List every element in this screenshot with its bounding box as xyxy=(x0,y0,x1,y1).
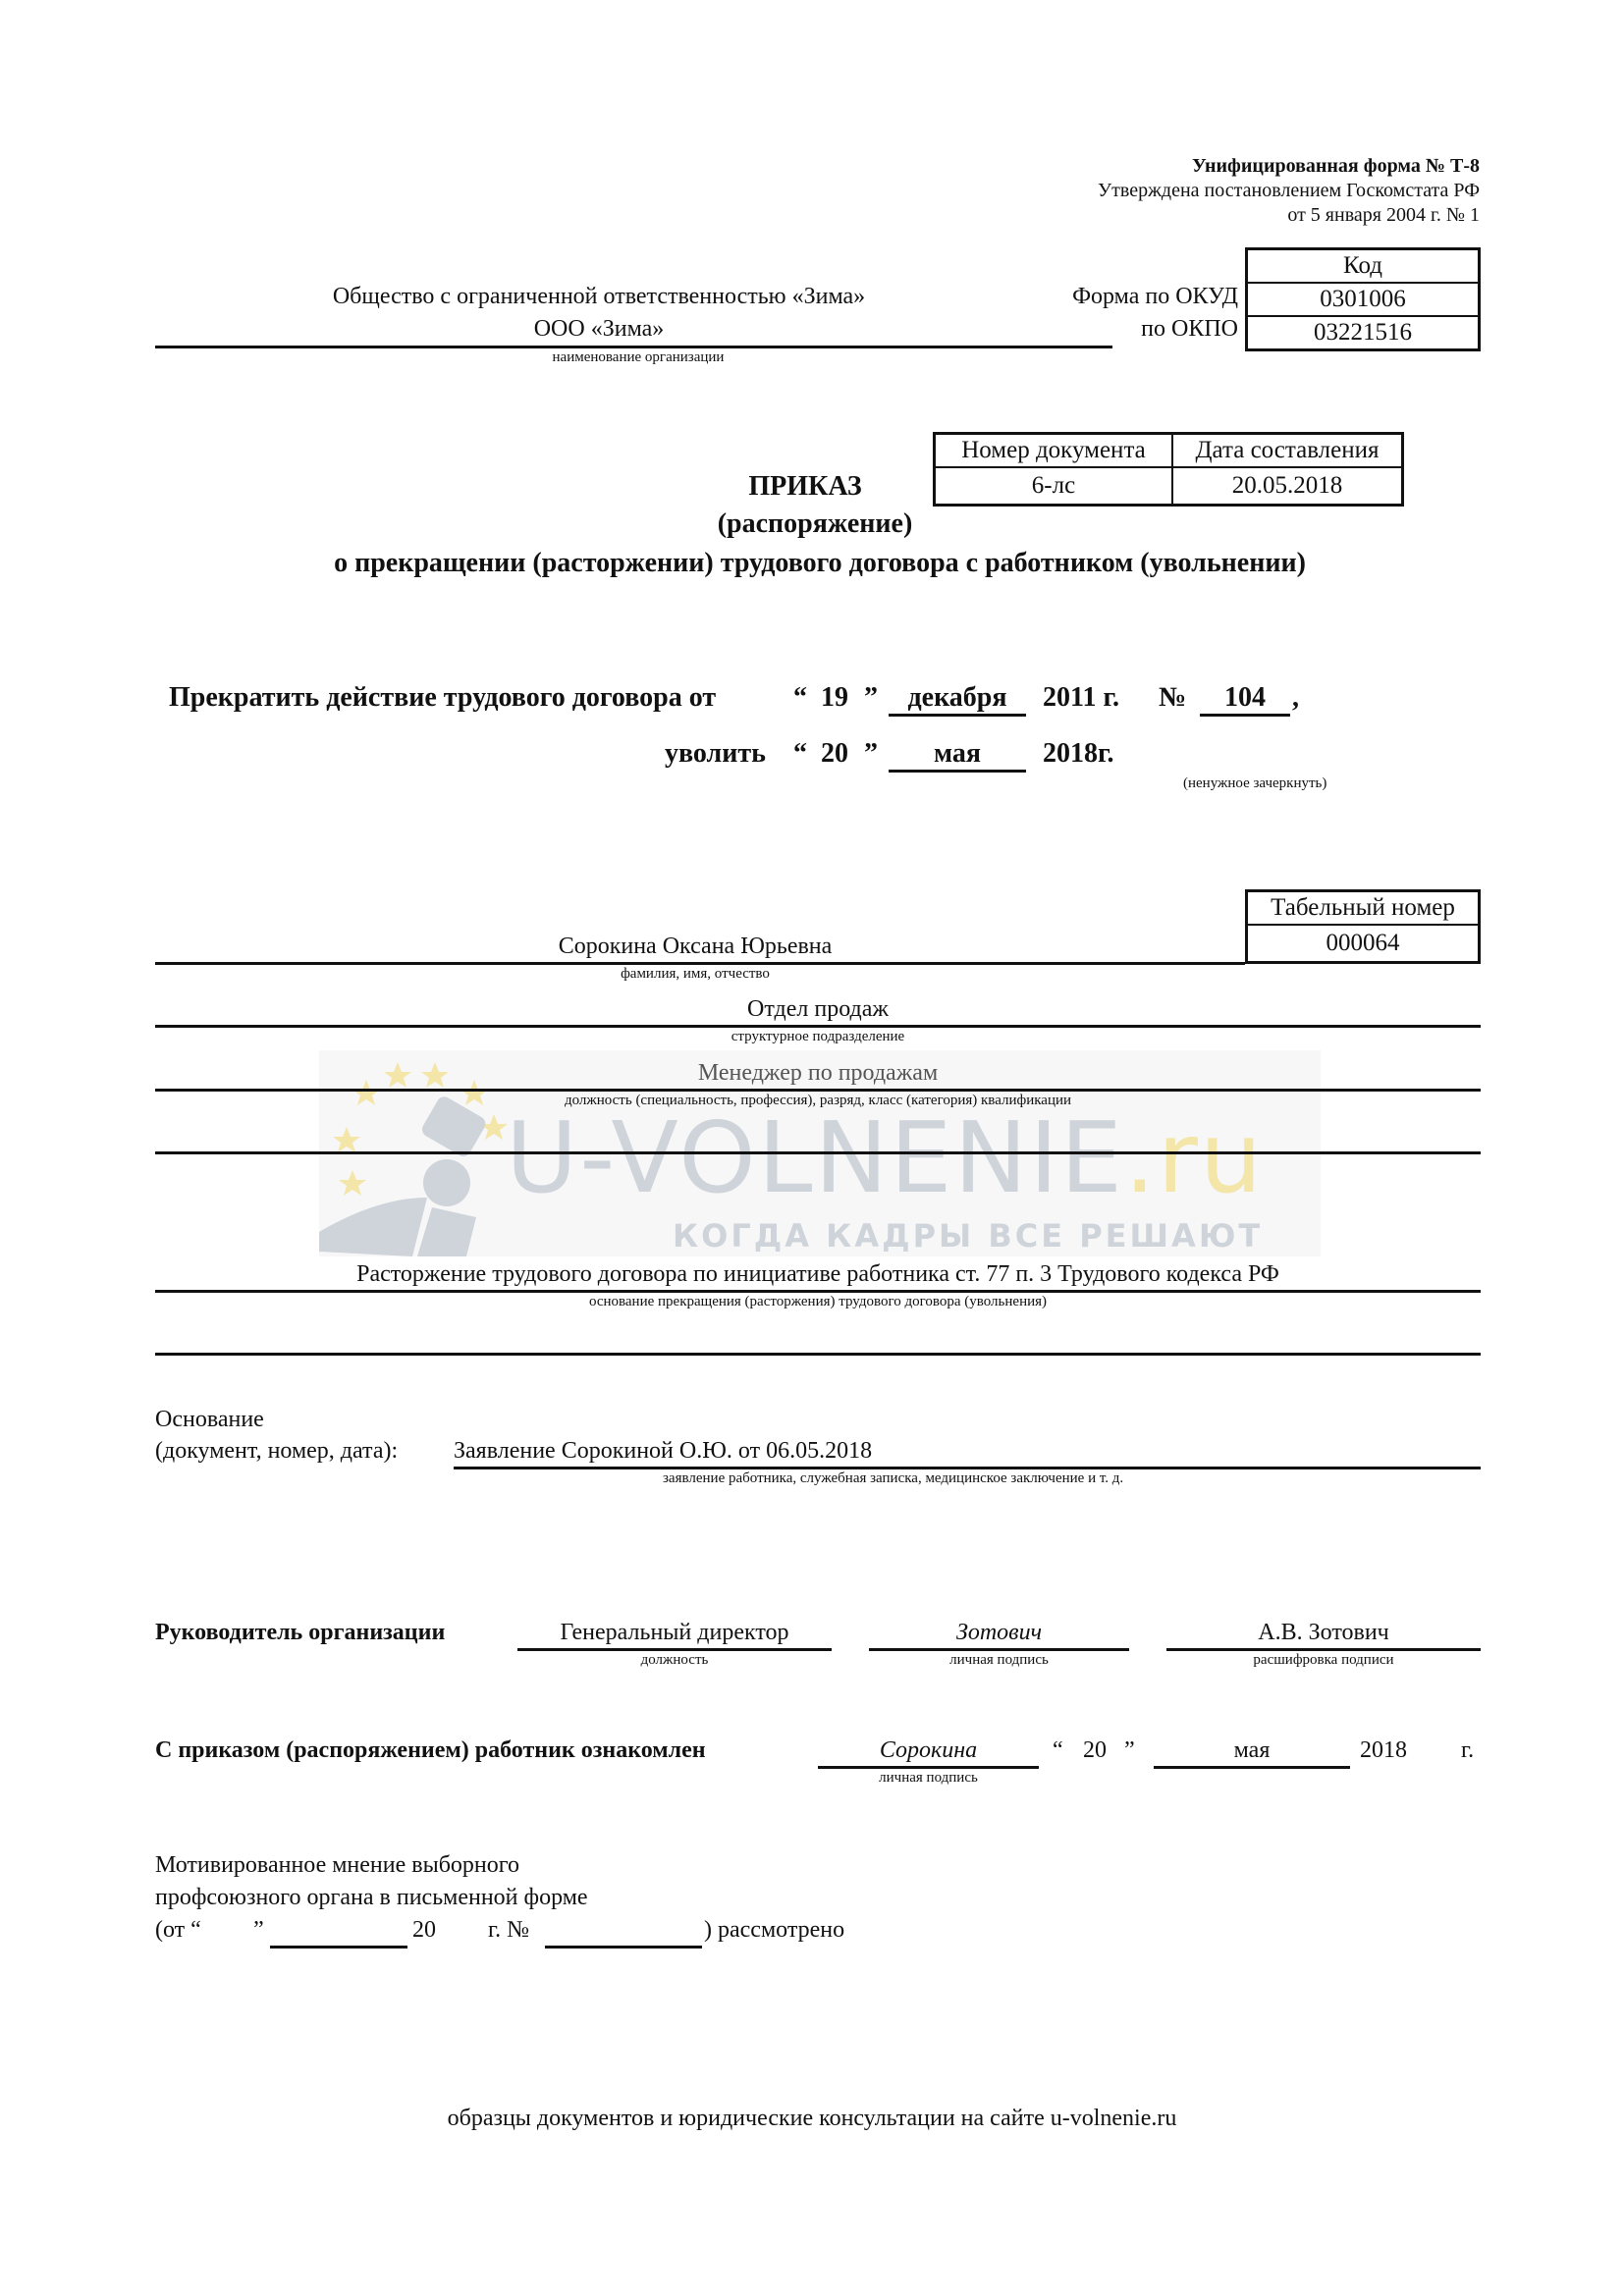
terminate-label: Прекратить действие трудового договора о… xyxy=(169,682,716,713)
terminate-number-underline xyxy=(1200,714,1290,717)
organization-short-name: ООО «Зима» xyxy=(157,316,1041,343)
title-prikaz: ПРИКАЗ xyxy=(687,471,923,503)
acquainted-label: С приказом (распоряжением) работник озна… xyxy=(155,1737,706,1764)
footer-text: образцы документов и юридические консуль… xyxy=(147,2106,1477,2132)
doc-date-header: Дата составления xyxy=(1172,434,1403,468)
terminate-row: Прекратить действие трудового договора о… xyxy=(169,682,716,714)
acquainted-signature-underline xyxy=(818,1766,1039,1769)
basis-caption: заявление работника, служебная записка, … xyxy=(663,1470,1123,1487)
doc-date-value: 20.05.2018 xyxy=(1172,467,1403,506)
acquainted-year-suffix: г. xyxy=(1461,1737,1474,1764)
terminate-month-underline xyxy=(889,714,1026,717)
head-signature: Зотович xyxy=(869,1620,1129,1646)
union-line-1: Мотивированное мнение выборного xyxy=(155,1852,519,1879)
watermark-slogan: КОГДА КАДРЫ ВСЕ РЕШАЮТ xyxy=(673,1217,1263,1255)
organization-full-name: Общество с ограниченной ответственностью… xyxy=(157,284,1041,310)
termination-reason: Расторжение трудового договора по инициа… xyxy=(155,1261,1481,1288)
terminate-close-quote: ” xyxy=(864,682,878,714)
terminate-comma: , xyxy=(1292,682,1299,714)
position-caption: должность (специальность, профессия), ра… xyxy=(155,1093,1481,1109)
terminate-contract-number: 104 xyxy=(1200,682,1290,714)
acquainted-open-quote: “ xyxy=(1053,1737,1063,1764)
tab-number-header: Табельный номер xyxy=(1247,891,1480,926)
head-decoded-name: А.В. Зотович xyxy=(1166,1620,1481,1646)
organization-underline xyxy=(155,346,1112,348)
terminate-year: 2011 г. xyxy=(1043,682,1119,714)
reason-extra-underline xyxy=(155,1353,1481,1356)
acquainted-year: 2018 xyxy=(1360,1737,1407,1764)
codes-table: Код 0301006 03221516 xyxy=(1245,247,1481,351)
strike-note: (ненужное зачеркнуть) xyxy=(1183,775,1326,792)
approved-line-1: Утверждена постановлением Госкомстата РФ xyxy=(1098,180,1480,202)
basis-underline xyxy=(454,1467,1481,1469)
form-name: Унифицированная форма № Т-8 xyxy=(1192,155,1480,178)
organization-caption: наименование организации xyxy=(373,349,903,366)
dismiss-year: 2018г. xyxy=(1043,738,1114,770)
basis-label-1: Основание xyxy=(155,1407,264,1433)
union-month-blank xyxy=(270,1946,407,1949)
union-close-quote: ” xyxy=(253,1917,264,1944)
head-position-caption: должность xyxy=(517,1652,832,1669)
okud-label: Форма по ОКУД xyxy=(1072,284,1238,310)
head-label: Руководитель организации xyxy=(155,1620,445,1646)
acquainted-signature-caption: личная подпись xyxy=(818,1770,1039,1787)
tab-number-value: 000064 xyxy=(1247,925,1480,963)
document-number-date-table: Номер документа Дата составления 6-лс 20… xyxy=(933,432,1404,507)
employee-department: Отдел продаж xyxy=(155,996,1481,1023)
okud-value: 0301006 xyxy=(1247,283,1480,316)
employee-full-name: Сорокина Оксана Юрьевна xyxy=(155,934,1235,960)
tab-number-table: Табельный номер 000064 xyxy=(1245,889,1481,964)
acquainted-close-quote: ” xyxy=(1124,1737,1135,1764)
watermark-brand: U-VOLNENIE.ru xyxy=(506,1109,1264,1207)
union-suffix: ) рассмотрено xyxy=(704,1917,844,1944)
dismiss-month: мая xyxy=(889,738,1026,770)
department-caption: структурное подразделение xyxy=(155,1029,1481,1045)
acquainted-signature: Сорокина xyxy=(818,1737,1039,1764)
dismiss-day: 20 xyxy=(805,738,864,770)
dismiss-month-underline xyxy=(889,770,1026,773)
head-signature-caption: личная подпись xyxy=(869,1652,1129,1669)
reason-underline xyxy=(155,1290,1481,1293)
codes-header: Код xyxy=(1247,249,1480,284)
position-underline xyxy=(155,1089,1481,1092)
head-position-underline xyxy=(517,1648,832,1651)
doc-number-value: 6-лс xyxy=(935,467,1173,506)
acquainted-day: 20 xyxy=(1070,1737,1119,1764)
reason-caption: основание прекращения (расторжения) труд… xyxy=(155,1294,1481,1310)
employee-name-caption: фамилия, имя, отчество xyxy=(155,966,1235,983)
head-decoded-caption: расшифровка подписи xyxy=(1166,1652,1481,1669)
union-century: 20 xyxy=(412,1917,436,1944)
head-position: Генеральный директор xyxy=(517,1620,832,1646)
terminate-day: 19 xyxy=(805,682,864,714)
acquainted-month-underline xyxy=(1154,1766,1350,1769)
position-extra-underline xyxy=(155,1151,1481,1154)
employee-name-underline xyxy=(155,962,1245,965)
okpo-label: по ОКПО xyxy=(1141,316,1238,343)
union-number-blank xyxy=(545,1946,702,1949)
employee-position: Менеджер по продажам xyxy=(155,1060,1481,1087)
okpo-value: 03221516 xyxy=(1247,316,1480,350)
terminate-num-sign: № xyxy=(1159,682,1186,714)
department-underline xyxy=(155,1025,1481,1028)
title-subject: о прекращении (расторжении) трудового до… xyxy=(147,548,1492,579)
acquainted-month: мая xyxy=(1154,1737,1350,1764)
head-decoded-underline xyxy=(1166,1648,1481,1651)
union-line-2: профсоюзного органа в письменной форме xyxy=(155,1885,588,1911)
union-from-prefix: (от “ xyxy=(155,1917,201,1944)
dismiss-close-quote: ” xyxy=(864,738,878,770)
basis-value: Заявление Сорокиной О.Ю. от 06.05.2018 xyxy=(454,1438,872,1465)
union-year-no: г. № xyxy=(488,1917,529,1944)
dismiss-label: уволить xyxy=(665,738,766,770)
doc-number-header: Номер документа xyxy=(935,434,1173,468)
head-signature-underline xyxy=(869,1648,1129,1651)
terminate-month: декабря xyxy=(889,682,1026,714)
title-rasporyazhenie: (распоряжение) xyxy=(687,508,943,540)
approved-line-2: от 5 января 2004 г. № 1 xyxy=(1287,204,1480,227)
basis-label-2: (документ, номер, дата): xyxy=(155,1438,398,1465)
